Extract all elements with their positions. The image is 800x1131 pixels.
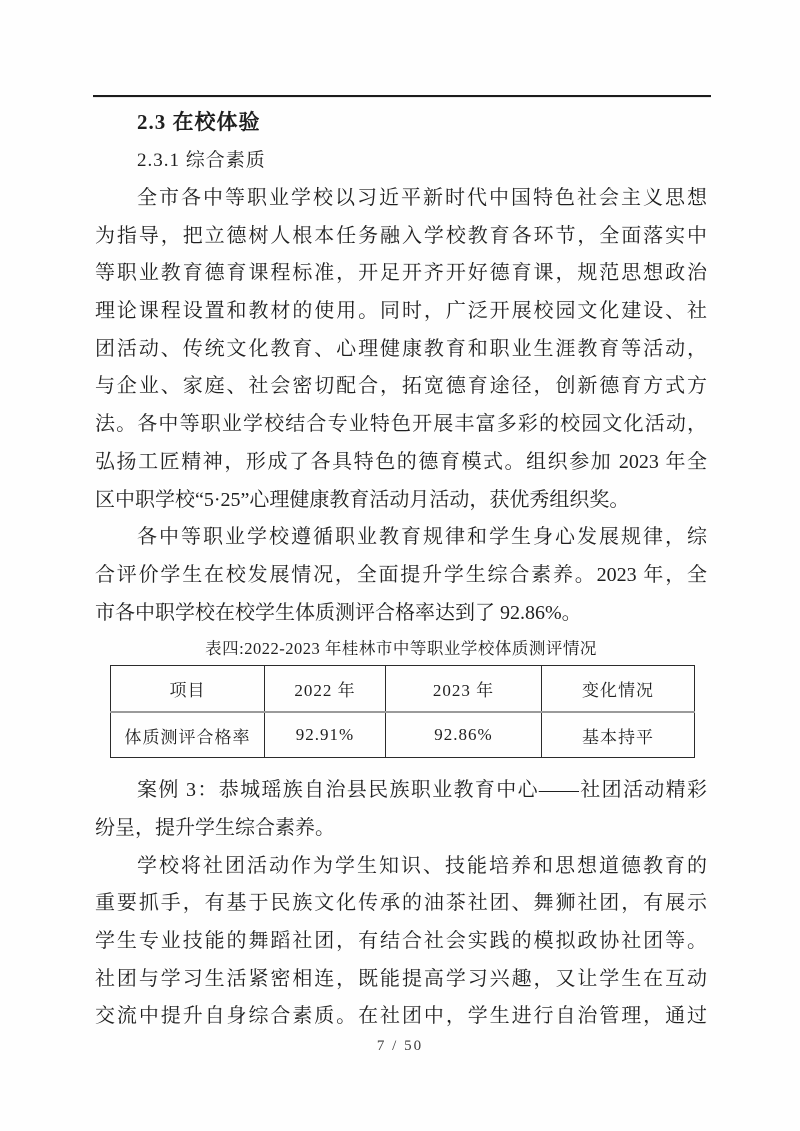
text-line: 市各中职学校在校学生体质测评合格率达到了 92.86%。	[95, 595, 707, 633]
text-line: 纷呈，提升学生综合素养。	[95, 810, 707, 848]
text-line: 合评价学生在校发展情况，全面提升学生综合素养。2023 年，全	[95, 557, 707, 595]
text-line: 重要抓手，有基于民族文化传承的油茶社团、舞狮社团，有展示	[95, 885, 707, 923]
table-cell: 体质测评合格率	[111, 712, 265, 758]
document-page: 2.3 在校体验 2.3.1 综合素质 全市各中等职业学校以习近平新时代中国特色…	[0, 0, 800, 1131]
text-line: 交流中提升自身综合素质。在社团中，学生进行自治管理，通过	[95, 998, 707, 1036]
subsection-heading: 2.3.1 综合素质	[95, 142, 707, 180]
table-header-row: 项目 2022 年 2023 年 变化情况	[111, 666, 695, 713]
paragraph: 学校将社团活动作为学生知识、技能培养和思想道德教育的重要抓手，有基于民族文化传承…	[95, 848, 707, 1036]
paragraph: 案例 3：恭城瑶族自治县民族职业教育中心——社团活动精彩纷呈，提升学生综合素养。	[95, 772, 707, 847]
text-line: 各中等职业学校遵循职业教育规律和学生身心发展规律，综	[95, 519, 707, 557]
text-line: 案例 3：恭城瑶族自治县民族职业教育中心——社团活动精彩	[95, 772, 707, 810]
paragraph: 各中等职业学校遵循职业教育规律和学生身心发展规律，综合评价学生在校发展情况，全面…	[95, 519, 707, 632]
text-line: 学生专业技能的舞蹈社团，有结合社会实践的模拟政协社团等。	[95, 923, 707, 961]
table-header-cell: 项目	[111, 666, 265, 713]
page-header-divider	[93, 95, 711, 98]
text-line: 区中职学校“5·25”心理健康教育活动月活动，获优秀组织奖。	[95, 482, 707, 520]
table-header-cell: 2022 年	[265, 666, 386, 713]
table-header-cell: 变化情况	[542, 666, 695, 713]
paragraph: 全市各中等职业学校以习近平新时代中国特色社会主义思想为指导，把立德树人根本任务融…	[95, 180, 707, 519]
text-line: 弘扬工匠精神，形成了各具特色的德育模式。组织参加 2023 年全	[95, 444, 707, 482]
table-cell: 基本持平	[542, 712, 695, 758]
text-line: 与企业、家庭、社会密切配合，拓宽德育途径，创新德育方式方	[95, 368, 707, 406]
text-line: 社团与学习生活紧密相连，既能提高学习兴趣，又让学生在互动	[95, 961, 707, 999]
text-line: 团活动、传统文化教育、心理健康教育和职业生涯教育等活动，	[95, 331, 707, 369]
text-line: 为指导，把立德树人根本任务融入学校教育各环节，全面落实中	[95, 218, 707, 256]
page-number: 7 / 50	[0, 1038, 800, 1055]
table-cell: 92.91%	[265, 712, 386, 758]
text-line: 法。各中等职业学校结合专业特色开展丰富多彩的校园文化活动，	[95, 406, 707, 444]
table-row: 体质测评合格率 92.91% 92.86% 基本持平	[111, 712, 695, 758]
section-heading: 2.3 在校体验	[95, 102, 707, 142]
table-header-cell: 2023 年	[386, 666, 542, 713]
table-cell: 92.86%	[386, 712, 542, 758]
page-content: 2.3 在校体验 2.3.1 综合素质 全市各中等职业学校以习近平新时代中国特色…	[95, 102, 707, 1036]
assessment-table: 项目 2022 年 2023 年 变化情况 体质测评合格率 92.91% 92.…	[110, 665, 695, 758]
table-caption: 表四:2022-2023 年桂林市中等职业学校体质测评情况	[95, 632, 707, 665]
text-line: 等职业教育德育课程标准，开足开齐开好德育课，规范思想政治	[95, 255, 707, 293]
text-line: 理论课程设置和教材的使用。同时，广泛开展校园文化建设、社	[95, 293, 707, 331]
text-line: 全市各中等职业学校以习近平新时代中国特色社会主义思想	[95, 180, 707, 218]
text-line: 学校将社团活动作为学生知识、技能培养和思想道德教育的	[95, 848, 707, 886]
